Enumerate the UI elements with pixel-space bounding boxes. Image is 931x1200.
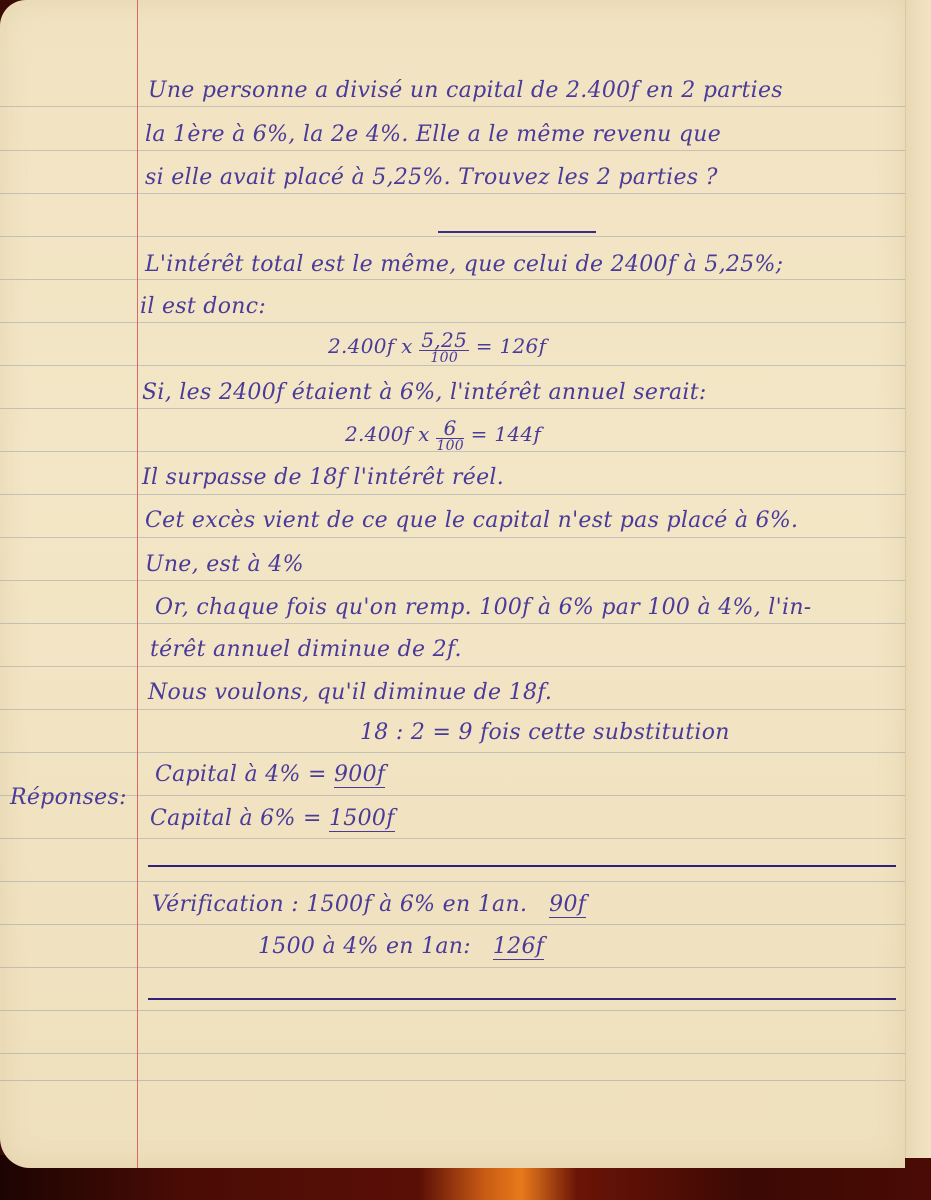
answer-1-text: Capital à 4% = — [155, 762, 327, 787]
ruled-line — [0, 623, 905, 624]
verification-1-text: 1500f à 6% en 1an. — [306, 892, 527, 917]
solution-line-6: Une, est à 4% — [145, 552, 304, 577]
ruled-line — [0, 795, 905, 796]
equation-1-numerator: 5,25 — [419, 330, 469, 351]
ruled-line — [0, 752, 905, 753]
equation-2: 2.400f x 6 100 = 144f — [345, 418, 541, 453]
verification-row-2: 1500 à 4% en 1an: 126f — [258, 934, 544, 959]
ruled-line — [0, 1010, 905, 1011]
margin-line — [137, 0, 138, 1168]
ruled-line — [0, 408, 905, 409]
solution-line-7: Or, chaque fois qu'on remp. 100f à 6% pa… — [155, 595, 812, 620]
ruled-line — [0, 967, 905, 968]
equation-2-left: 2.400f x — [345, 422, 430, 446]
problem-line-1: Une personne a divisé un capital de 2.40… — [148, 78, 783, 103]
equation-2-result: = 144f — [471, 422, 542, 446]
separator-long-bottom — [148, 998, 896, 1000]
ruled-line — [0, 709, 905, 710]
equation-2-denominator: 100 — [436, 439, 464, 453]
verification-2-text: 1500 à 4% en 1an: — [258, 934, 471, 959]
ruled-line — [0, 322, 905, 323]
separator-short — [438, 231, 596, 233]
ruled-line — [0, 881, 905, 882]
verification-1-value: 90f — [549, 892, 586, 918]
answers-label: Réponses: — [10, 785, 127, 810]
ruled-line — [0, 1053, 905, 1054]
ruled-line — [0, 193, 905, 194]
separator-long — [148, 865, 896, 867]
ruled-line — [0, 279, 905, 280]
ruled-line — [0, 838, 905, 839]
equation-1-left: 2.400f x — [328, 334, 413, 358]
answer-row-2: Capital à 6% = 1500f — [150, 806, 395, 831]
equation-1-denominator: 100 — [419, 351, 469, 365]
ruled-line — [0, 236, 905, 237]
equation-2-numerator: 6 — [436, 418, 464, 439]
answer-1-value: 900f — [334, 762, 385, 788]
ruled-line — [0, 580, 905, 581]
answer-row-1: Capital à 4% = 900f — [155, 762, 385, 787]
solution-line-8: térêt annuel diminue de 2f. — [150, 637, 462, 662]
solution-line-10: 18 : 2 = 9 fois cette substitution — [360, 720, 730, 745]
ruled-line — [0, 1080, 905, 1081]
solution-line-9: Nous voulons, qu'il diminue de 18f. — [148, 680, 552, 705]
solution-line-5: Cet excès vient de ce que le capital n'e… — [145, 508, 798, 533]
problem-line-3: si elle avait placé à 5,25%. Trouvez les… — [145, 165, 718, 190]
ruled-line — [0, 924, 905, 925]
equation-1-result: = 126f — [476, 334, 547, 358]
ruled-line — [0, 494, 905, 495]
solution-line-2: il est donc: — [140, 294, 266, 319]
equation-1-fraction: 5,25 100 — [419, 330, 469, 365]
solution-line-3: Si, les 2400f étaient à 6%, l'intérêt an… — [142, 380, 707, 405]
verification-2-value: 126f — [493, 934, 544, 960]
next-page-edge — [905, 0, 931, 1158]
ruled-line — [0, 106, 905, 107]
problem-line-2: la 1ère à 6%, la 2e 4%. Elle a le même r… — [145, 122, 721, 147]
ruled-line — [0, 150, 905, 151]
solution-line-4: Il surpasse de 18f l'intérêt réel. — [142, 465, 504, 490]
ruled-line — [0, 537, 905, 538]
answer-2-text: Capital à 6% = — [150, 806, 322, 831]
equation-2-fraction: 6 100 — [436, 418, 464, 453]
verification-row-1: Vérification : 1500f à 6% en 1an. 90f — [152, 892, 586, 917]
equation-1: 2.400f x 5,25 100 = 126f — [328, 330, 546, 365]
notebook-page: Une personne a divisé un capital de 2.40… — [0, 0, 905, 1168]
answer-2-value: 1500f — [329, 806, 395, 832]
verification-label: Vérification : — [152, 892, 299, 917]
ruled-line — [0, 666, 905, 667]
solution-line-1: L'intérêt total est le même, que celui d… — [145, 252, 783, 277]
